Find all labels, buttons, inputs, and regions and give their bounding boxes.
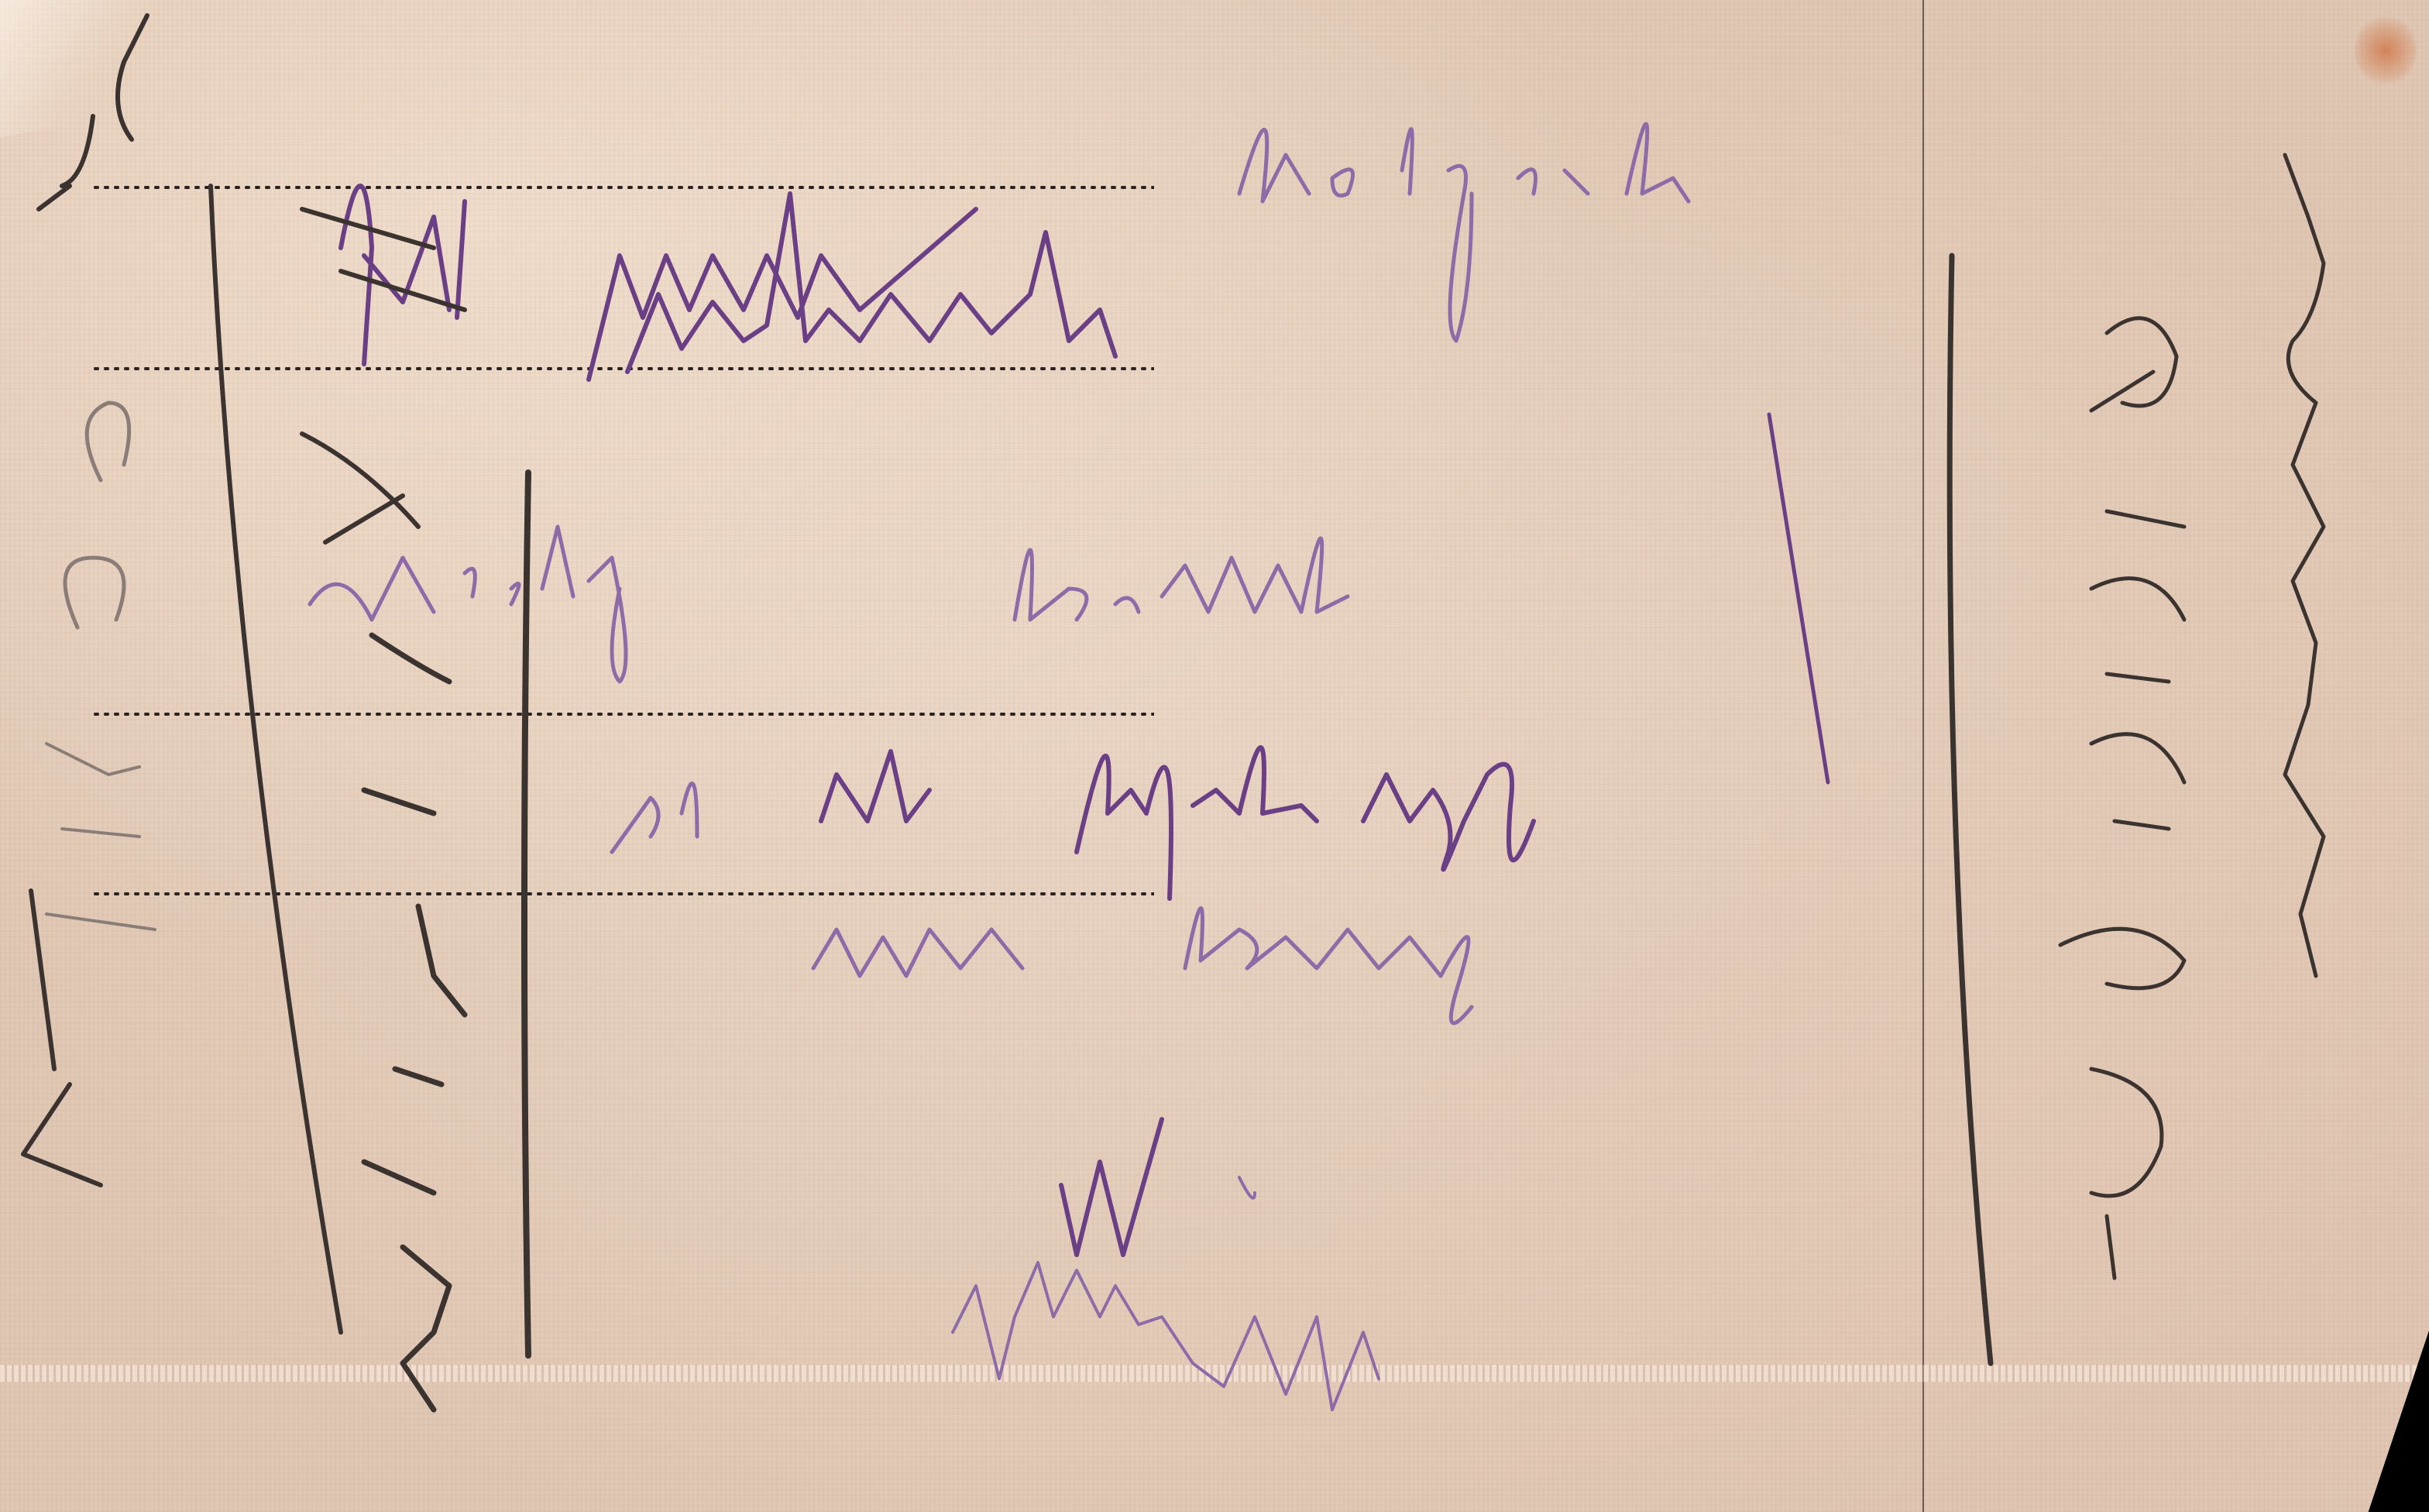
- postcard: Jud meum holgoch mekemuk. Vissgaly bosul…: [0, 0, 2429, 1512]
- pencil-margin-line-1: [211, 186, 341, 1332]
- pencil-address-line: [1950, 256, 1991, 1363]
- handwriting-layer: [0, 0, 2429, 1512]
- pencil-margin-line-2: [524, 472, 528, 1356]
- violet-stamp-line: [1769, 414, 1828, 782]
